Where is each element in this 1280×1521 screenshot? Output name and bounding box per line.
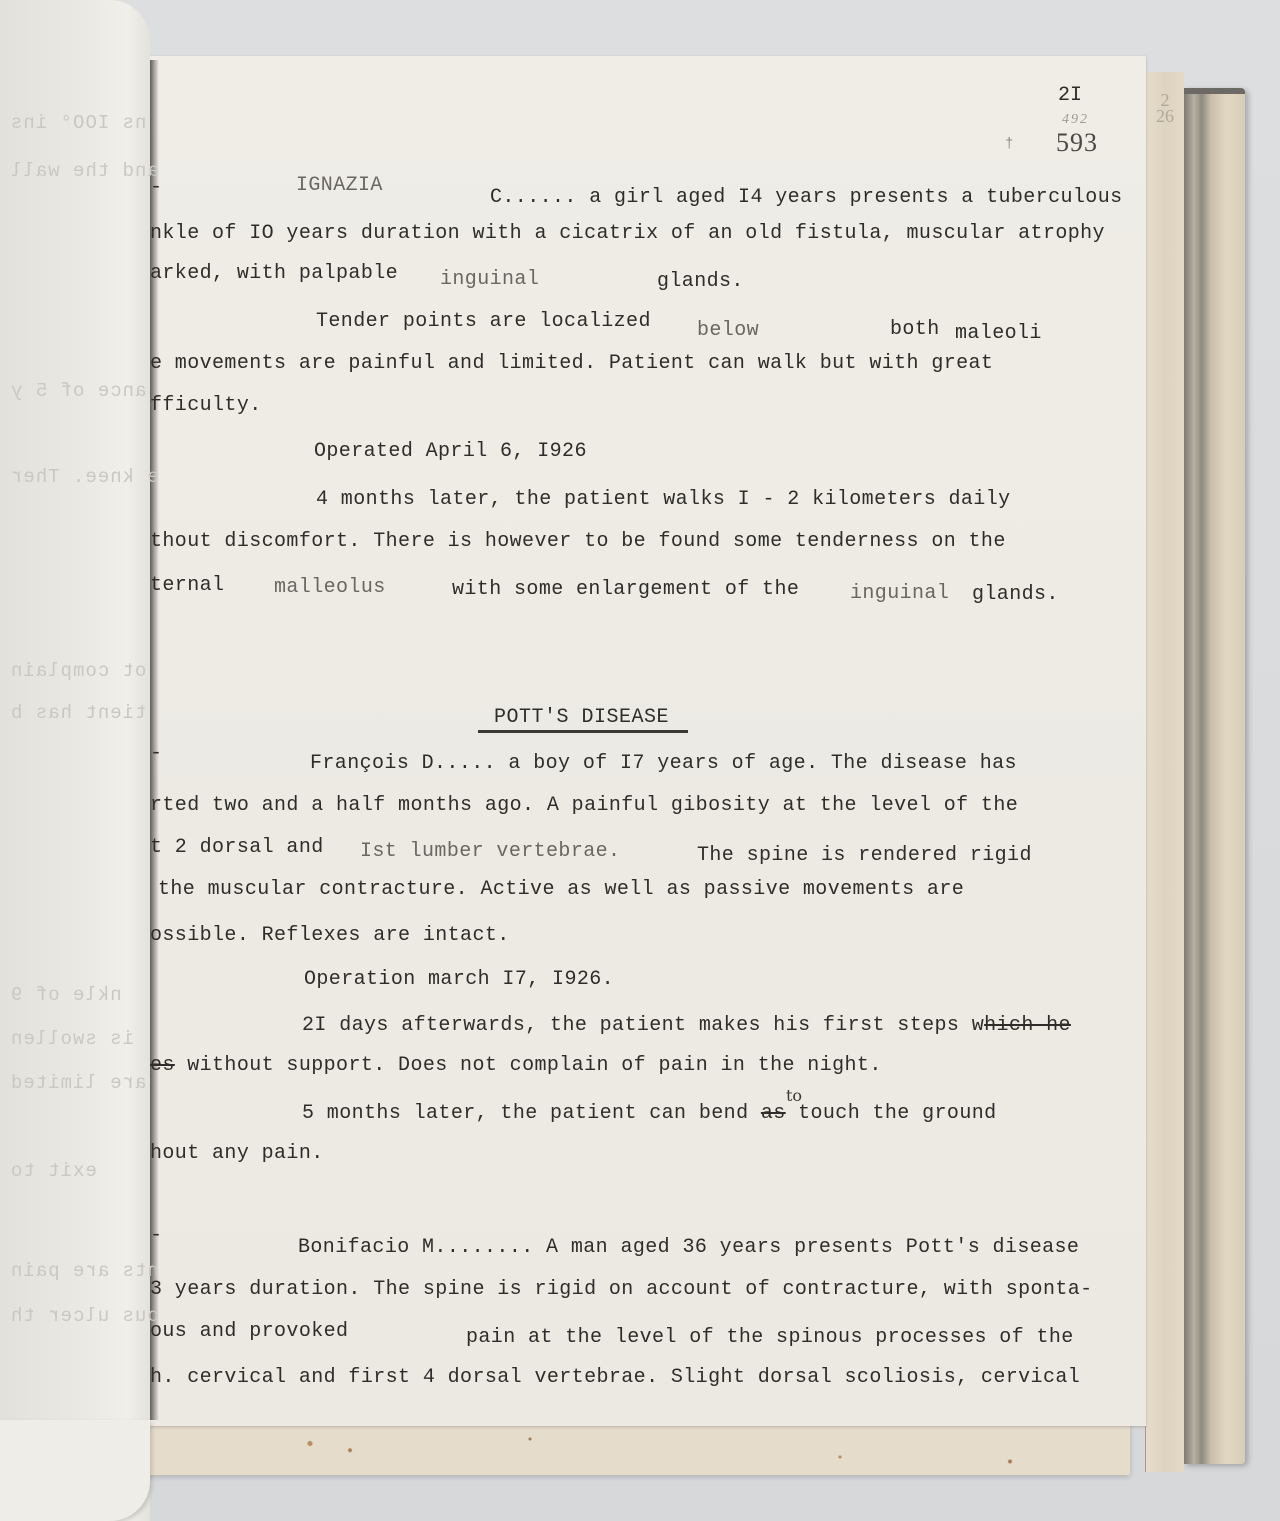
text-line: Operated April 6, I926 <box>314 440 587 463</box>
patient-name: IGNAZIA <box>296 174 383 197</box>
text-line: rted two and a half months ago. A painfu… <box>150 794 1018 817</box>
struck-text: as <box>761 1102 786 1125</box>
text-line: 5 months later, the patient can bend as … <box>302 1102 997 1125</box>
left-page-curl: ns IOO° ins and the wall ance of 5 y e k… <box>0 0 150 1521</box>
text-segment: without support. Does not complain of pa… <box>175 1054 882 1077</box>
text-line: nkle of IO years duration with a cicatri… <box>150 222 1105 245</box>
text-line: Bonifacio M........ A man aged 36 years … <box>298 1236 1079 1259</box>
struck-text: es <box>150 1054 175 1077</box>
text-line: t 2 dorsal and <box>150 836 324 859</box>
text-line: hout any pain. <box>150 1142 324 1165</box>
text-line: 4 months later, the patient walks I - 2 … <box>316 488 1011 511</box>
case-marker: - <box>150 1224 162 1247</box>
bleed-through-text: nts are pain <box>10 1260 159 1282</box>
text-line: ternal <box>150 574 224 597</box>
page-number: 2I <box>1058 84 1082 107</box>
text-line: es without support. Does not complain of… <box>150 1054 882 1077</box>
text-line: Operation march I7, I926. <box>304 968 614 991</box>
text-line: The spine is rendered rigid <box>697 844 1032 867</box>
page-stack-edge <box>1145 72 1184 1472</box>
text-line: Tender points are localized <box>316 310 651 333</box>
text-line: thout discomfort. There is however to be… <box>150 530 1006 553</box>
left-page-bottom <box>0 1420 150 1521</box>
text-line: glands. <box>972 583 1059 606</box>
text-line: 3 years duration. The spine is rigid on … <box>150 1278 1093 1301</box>
text-segment: 2I days afterwards, the patient makes hi… <box>302 1014 984 1037</box>
case-marker: - <box>150 742 162 765</box>
text-line: ossible. Reflexes are intact. <box>150 924 510 947</box>
bleed-through-text: are limited <box>10 1072 146 1094</box>
text-line: François D..... a boy of I7 years of age… <box>310 752 1017 775</box>
text-line: the muscular contracture. Active as well… <box>158 878 964 901</box>
text-line: fficulty. <box>150 394 262 417</box>
bleed-through-text: is swollen <box>10 1028 134 1050</box>
text-segment: 5 months later, the patient can bend <box>302 1102 761 1125</box>
text-line: below <box>697 319 759 342</box>
text-line: e movements are painful and limited. Pat… <box>150 352 993 375</box>
heading-underline <box>478 730 688 733</box>
bleed-through-text: exit to <box>10 1160 97 1182</box>
struck-text: hich he <box>984 1014 1071 1037</box>
bleed-through-text: and the wall <box>10 160 159 182</box>
text-line: ous and provoked <box>150 1320 348 1343</box>
bleed-through-text: ot complain <box>10 660 146 682</box>
text-line: both <box>890 318 940 341</box>
bleed-through-text: ous ulcer th <box>10 1305 159 1327</box>
text-line: with some enlargement of the <box>452 578 799 601</box>
folio-old-number: 492 <box>1062 112 1089 128</box>
text-line: inguinal <box>850 582 949 605</box>
text-line: inguinal <box>440 268 539 291</box>
folio-mark: † <box>1005 136 1013 152</box>
bleed-through-text: tient has b <box>10 702 146 724</box>
foxing-spots <box>130 1430 1130 1475</box>
text-line: h. cervical and first 4 dorsal vertebrae… <box>150 1366 1080 1389</box>
text-line: arked, with palpable <box>150 262 398 285</box>
text-line: malleolus <box>274 576 386 599</box>
stack-number: 2 26 <box>1150 92 1180 124</box>
text-line: Ist lumber vertebrae. <box>360 840 620 863</box>
text-segment: touch the ground <box>786 1102 997 1125</box>
bleed-through-text: ns IOO° ins <box>10 112 146 134</box>
folio-number: 593 <box>1056 128 1098 158</box>
bleed-through-text: ance of 5 y <box>10 380 146 402</box>
book-cover-edge <box>1183 88 1245 1464</box>
text-line: glands. <box>657 270 744 293</box>
text-line: maleoli <box>955 322 1042 345</box>
bleed-through-text: nkle of 9 <box>10 984 122 1006</box>
text-line: 2I days afterwards, the patient makes hi… <box>302 1014 1071 1037</box>
text-line: pain at the level of the spinous process… <box>466 1326 1074 1349</box>
section-heading: POTT'S DISEASE <box>494 706 669 729</box>
bleed-through-text: e knee. Ther <box>10 466 159 488</box>
text-line: C...... a girl aged I4 years presents a … <box>490 186 1123 209</box>
